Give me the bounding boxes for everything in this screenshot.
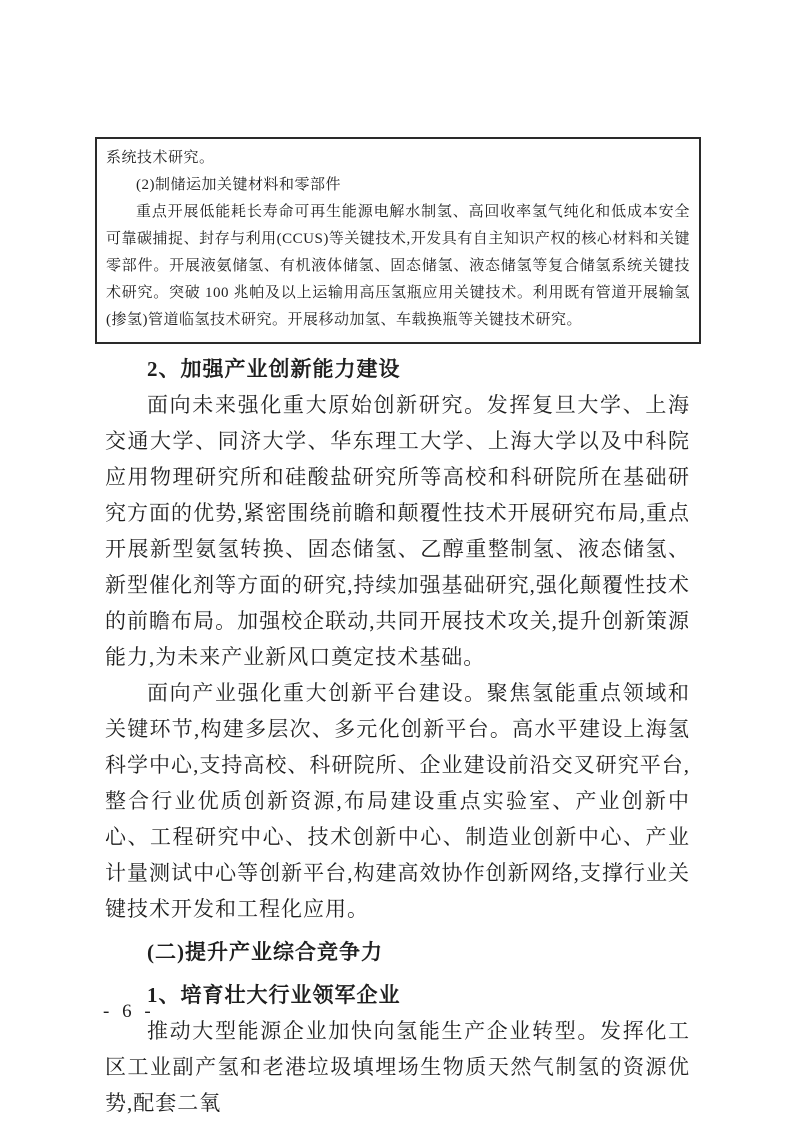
box-continuation-text: 系统技术研究。: [106, 145, 690, 172]
heading-leading-enterprises: 1、培育壮大行业领军企业: [105, 977, 690, 1013]
key-tech-callout-box: 系统技术研究。 (2)制储运加关键材料和零部件 重点开展低能耗长寿命可再生能源电…: [95, 137, 701, 344]
document-content: 系统技术研究。 (2)制储运加关键材料和零部件 重点开展低能耗长寿命可再生能源电…: [105, 137, 690, 1121]
document-page: 系统技术研究。 (2)制储运加关键材料和零部件 重点开展低能耗长寿命可再生能源电…: [0, 0, 794, 1123]
paragraph-energy-enterprise-transform: 推动大型能源企业加快向氢能生产企业转型。发挥化工区工业副产氢和老港垃圾填埋场生物…: [105, 1013, 690, 1121]
paragraph-original-innovation-research: 面向未来强化重大原始创新研究。发挥复旦大学、上海交通大学、同济大学、华东理工大学…: [105, 387, 690, 675]
box-body-text: 重点开展低能耗长寿命可再生能源电解水制氢、高回收率氢气纯化和低成本安全可靠碳捕捉…: [106, 199, 690, 334]
heading-industry-competitiveness: (二)提升产业综合竞争力: [105, 934, 690, 970]
box-subheading: (2)制储运加关键材料和零部件: [106, 172, 690, 199]
heading-innovation-capacity: 2、加强产业创新能力建设: [105, 351, 690, 387]
paragraph-innovation-platform: 面向产业强化重大创新平台建设。聚焦氢能重点领域和关键环节,构建多层次、多元化创新…: [105, 675, 690, 927]
page-number: - 6 -: [103, 1001, 155, 1023]
